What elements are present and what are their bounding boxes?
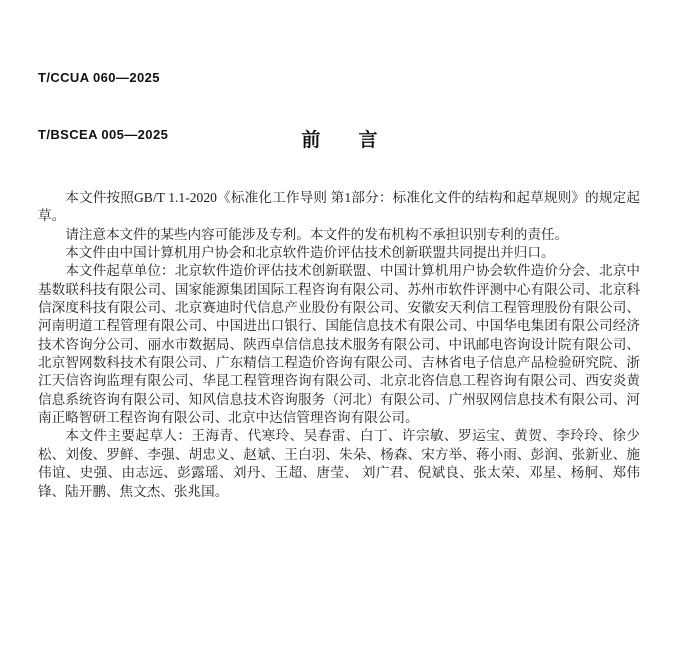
paragraph-patent-notice: 请注意本文件的某些内容可能涉及专利。本文件的发布机构不承担识别专利的责任。 xyxy=(38,226,640,244)
paragraph-proposing-body: 本文件由中国计算机用户协会和北京软件造价评估技术创新联盟共同提出并归口。 xyxy=(38,244,640,262)
standard-code-line-1: T/CCUA 060—2025 xyxy=(38,68,168,87)
paragraph-drafting-basis: 本文件按照GB/T 1.1-2020《标准化工作导则 第1部分：标准化文件的结构… xyxy=(38,189,640,226)
document-page: T/CCUA 060—2025 T/BSCEA 005—2025 前 言 本文件… xyxy=(0,0,679,652)
paragraph-main-drafters: 本文件主要起草人：王海青、代寒玲、吴春雷、白丁、许宗敏、罗运宝、黄贺、李玲玲、徐… xyxy=(38,427,640,500)
page-title: 前 言 xyxy=(0,128,679,154)
standard-code-header: T/CCUA 060—2025 T/BSCEA 005—2025 xyxy=(38,30,168,182)
preface-body: 本文件按照GB/T 1.1-2020《标准化工作导则 第1部分：标准化文件的结构… xyxy=(38,189,640,501)
paragraph-drafting-organizations: 本文件起草单位：北京软件造价评估技术创新联盟、中国计算机用户协会软件造价分会、北… xyxy=(38,262,640,427)
